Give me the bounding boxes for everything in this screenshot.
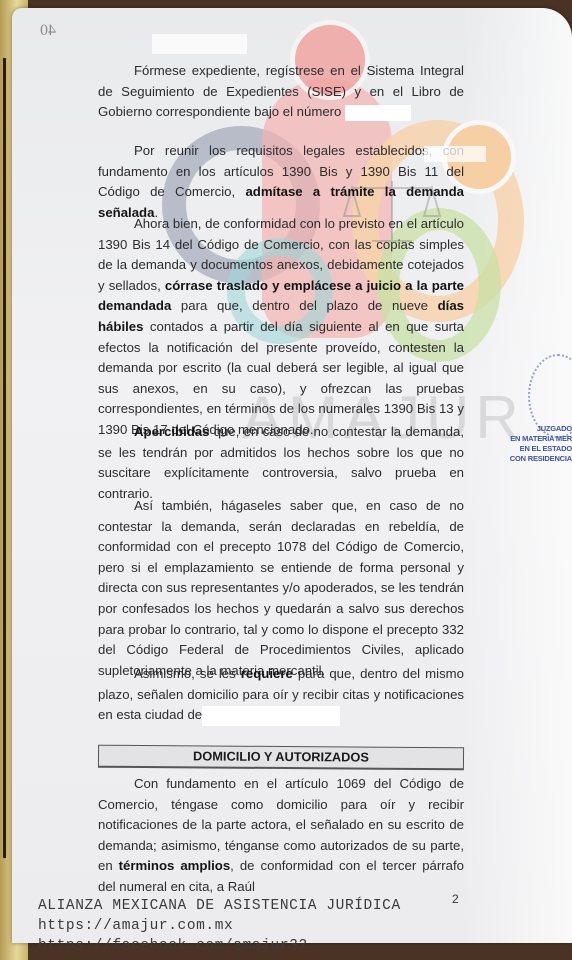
document-page: AMAJUR 40 Fórmese expediente, regístrese… xyxy=(12,8,572,943)
stamp-line: EN MATERIA MER xyxy=(500,434,572,444)
facebook-link[interactable]: https://facebook.com/amajur32 xyxy=(38,936,401,956)
stamp-line: JUZGADO xyxy=(500,424,572,434)
folio-mark: 40 xyxy=(40,22,56,40)
redaction-block xyxy=(424,146,486,162)
paragraph-6: Asimismo, se les requiere para que, dent… xyxy=(98,664,464,726)
stamp-line: CON RESIDENCIA xyxy=(500,454,572,464)
paragraph-text: Así también, hágaseles saber que, en cas… xyxy=(98,496,464,681)
court-stamp: JUZGADO EN MATERIA MER EN EL ESTADO CON … xyxy=(500,346,572,506)
redaction-block xyxy=(152,34,247,54)
stamp-line: EN EL ESTADO xyxy=(500,444,572,454)
paragraph-4: Apercibidas que, en caso de no contestar… xyxy=(98,422,464,504)
bold-text: requiere xyxy=(241,666,293,681)
website-link[interactable]: https://amajur.com.mx xyxy=(38,916,401,936)
org-name: ALIANZA MEXICANA DE ASISTENCIA JURÍDICA xyxy=(38,896,401,916)
binder-edge xyxy=(3,58,6,858)
section-heading: DOMICILIO Y AUTORIZADOS xyxy=(98,745,464,771)
redacted-city xyxy=(202,706,340,726)
page-number: 2 xyxy=(452,892,459,906)
paragraph-2: Por reunir los requisitos legales establ… xyxy=(98,141,464,223)
footer-credits: ALIANZA MEXICANA DE ASISTENCIA JURÍDICA … xyxy=(38,896,401,956)
bold-text: términos amplios xyxy=(119,858,231,873)
paragraph-text: para que, dentro del plazo de nueve xyxy=(171,298,437,313)
paragraph-text: contados a partir del día siguiente al e… xyxy=(98,319,464,437)
paragraph-1: Fórmese expediente, regístrese en el Sis… xyxy=(98,61,464,123)
paragraph-text: Asimismo, se les xyxy=(134,666,241,681)
paragraph-5: Así también, hágaseles saber que, en cas… xyxy=(98,496,464,681)
paragraph-7: Con fundamento en el artículo 1069 del C… xyxy=(98,774,464,898)
stamp-text: JUZGADO EN MATERIA MER EN EL ESTADO CON … xyxy=(500,424,572,464)
redacted-number xyxy=(345,105,411,121)
paragraph-3: Ahora bien, de conformidad con lo previs… xyxy=(98,214,464,441)
bold-text: Apercibidas xyxy=(134,424,210,439)
